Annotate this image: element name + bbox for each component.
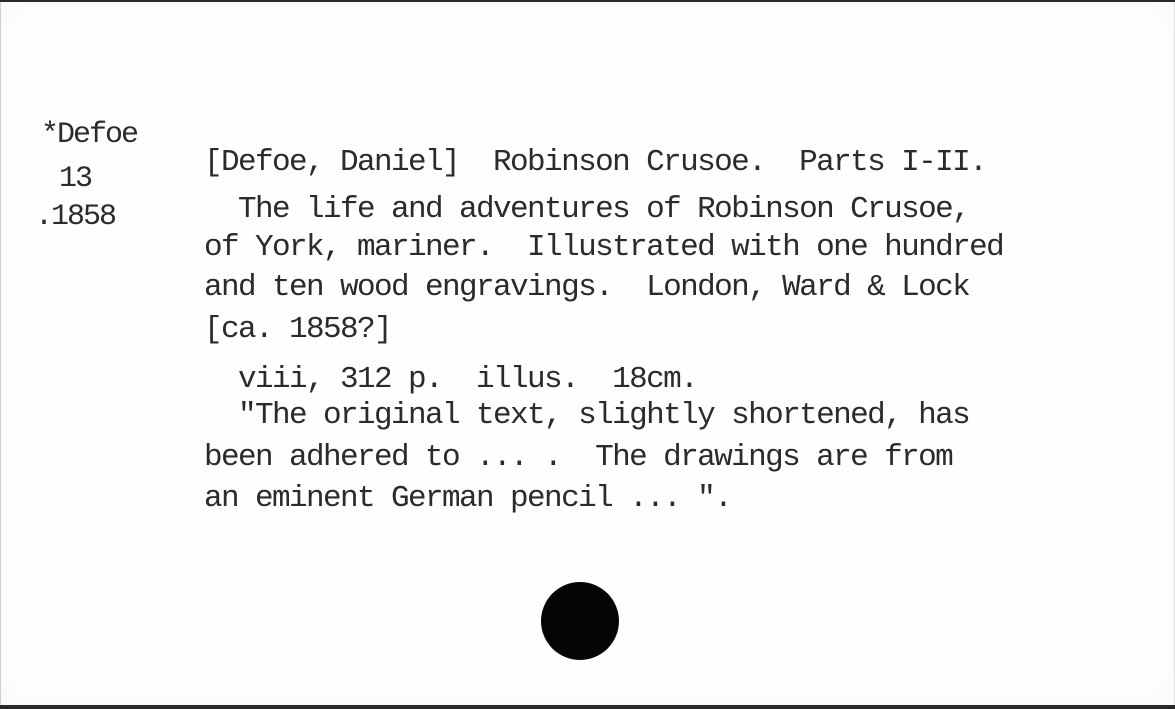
- entry-line-9: an eminent German pencil ... ".: [204, 483, 731, 514]
- entry-line-1: [Defoe, Daniel] Robinson Crusoe. Parts I…: [204, 147, 986, 178]
- entry-line-7: "The original text, slightly shortened, …: [204, 400, 969, 431]
- entry-line-4: and ten wood engravings. London, Ward & …: [204, 272, 969, 303]
- punch-hole: [541, 582, 619, 660]
- entry-line-8: been adhered to ... . The drawings are f…: [204, 442, 952, 473]
- entry-line-5: [ca. 1858?]: [204, 314, 391, 345]
- catalog-card: *Defoe 13 .1858 [Defoe, Daniel] Robinson…: [0, 2, 1175, 705]
- call-number-line-3: .1858: [35, 202, 115, 232]
- call-number-line-1: *Defoe: [41, 120, 137, 150]
- call-number-line-2: 13: [59, 164, 91, 194]
- entry-line-2: The life and adventures of Robinson Crus…: [204, 194, 969, 225]
- entry-line-6: viii, 312 p. illus. 18cm.: [204, 364, 697, 395]
- entry-line-3: of York, mariner. Illustrated with one h…: [204, 232, 1003, 263]
